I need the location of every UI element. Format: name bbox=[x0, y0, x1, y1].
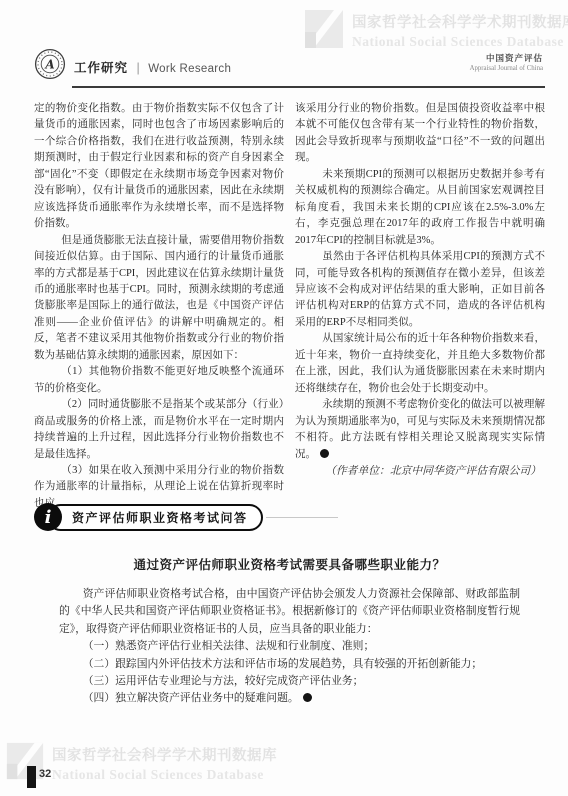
article-body: 定的物价变化指数。由于物价指数实际不仅包含了计量货币的通胀因素，同时也包含了市场… bbox=[34, 101, 545, 512]
qa-answer: 资产评估师职业资格考试合格，由中国资产评估协会颁发人力资源社会保障部、财政部监制… bbox=[59, 586, 520, 708]
qa-banner: i 资产评估师职业资格考试问答 bbox=[34, 503, 545, 531]
section-title: 工作研究 | Work Research bbox=[74, 58, 231, 76]
qa-item: （一）熟悉资产评估行业相关法律、法规和行业制度、准则； bbox=[59, 638, 520, 655]
paragraph-text: 永续期的预测不考虑物价变化的做法可以被理解为认为预期通胀率为0，可见与实际及未来… bbox=[295, 399, 545, 459]
qa-section: i 资产评估师职业资格考试问答 通过资产评估师职业资格考试需要具备哪些职业能力？… bbox=[34, 503, 545, 708]
section-title-cn: 工作研究 bbox=[74, 61, 128, 75]
paragraph: 虽然由于各评估机构具体采用CPI的预测方式不同，可能导致各机构的预测值存在微小差… bbox=[295, 249, 545, 331]
svg-text:A: A bbox=[44, 58, 54, 72]
author-note: （作者单位：北京中同华资产评估有限公司） bbox=[295, 463, 545, 479]
paragraph: 定的物价变化指数。由于物价指数实际不仅包含了计量货币的通胀因素，同时也包含了市场… bbox=[34, 101, 284, 233]
watermark-top: 国家哲学社会科学学术期刊数据库 National Social Sciences… bbox=[303, 8, 568, 50]
qa-question: 通过资产评估师职业资格考试需要具备哪些职业能力？ bbox=[34, 555, 545, 573]
journal-seal-icon: A bbox=[34, 48, 66, 80]
info-icon-glyph: i bbox=[45, 507, 52, 528]
qa-end-icon bbox=[303, 693, 312, 702]
paragraph: 永续期的预测不考虑物价变化的做法可以被理解为认为预期通胀率为0，可见与实际及未来… bbox=[295, 397, 545, 463]
section-title-en: Work Research bbox=[148, 63, 231, 75]
journal-name-cn: 中国资产评估 bbox=[470, 52, 543, 64]
paragraph: 未来预期CPI的预测可以根据历史数据并参考有关权威机构的预测综合确定。从目前国家… bbox=[295, 167, 545, 249]
page-header: A 工作研究 | Work Research 中国资产评估 Appraisal … bbox=[34, 47, 545, 89]
paragraph: 但是通货膨胀无法直接计量，需要借用物价指数间接近似估算。由于国际、国内通行的计量… bbox=[34, 233, 284, 365]
article-end-icon bbox=[320, 449, 329, 458]
banner-divider-line bbox=[266, 517, 338, 518]
page-number-bar bbox=[27, 766, 36, 788]
nssd-logo-icon bbox=[303, 8, 345, 50]
header-rule bbox=[72, 86, 545, 88]
watermark-title-cn: 国家哲学社会科学学术期刊数据库 bbox=[352, 11, 568, 32]
qa-item: （二）跟踪国内外评估技术方法和评估市场的发展趋势，具有较强的开拓创新能力； bbox=[59, 656, 520, 673]
qa-item-text: （四）独立解决资产评估业务中的疑难问题。 bbox=[83, 692, 299, 704]
watermark-title-en: National Social Sciences Database bbox=[52, 767, 277, 783]
journal-page: 国家哲学社会科学学术期刊数据库 National Social Sciences… bbox=[0, 0, 568, 796]
qa-item: （三）运用评估专业理论与方法，较好完成资产评估业务； bbox=[59, 673, 520, 690]
qa-banner-title: 资产评估师职业资格考试问答 bbox=[47, 504, 263, 531]
paragraph: （1）其他物价指数不能更好地反映整个流通环节的价格变化。 bbox=[34, 364, 284, 397]
qa-intro: 资产评估师职业资格考试合格，由中国资产评估协会颁发人力资源社会保障部、财政部监制… bbox=[59, 586, 520, 638]
page-number: 32 bbox=[39, 768, 51, 780]
page-number-block: 32 bbox=[27, 766, 51, 788]
paragraph: 从国家统计局公布的近十年各种物价指数来看，近十年来，物价一直持续变化，并且绝大多… bbox=[295, 331, 545, 397]
article-column-right: 该采用分行业的物价指数。但是国债投资收益率中根本就不可能仅包含带有某一个行业特性… bbox=[295, 101, 545, 512]
paragraph: （2）同时通货膨胀不是指某个或某部分（行业）商品或服务的价格上涨，而是物价水平在… bbox=[34, 397, 284, 463]
journal-name-block: 中国资产评估 Appraisal Journal of China bbox=[470, 52, 543, 72]
qa-item: （四）独立解决资产评估业务中的疑难问题。 bbox=[59, 690, 520, 707]
article-column-left: 定的物价变化指数。由于物价指数实际不仅包含了计量货币的通胀因素，同时也包含了市场… bbox=[34, 101, 284, 512]
info-icon: i bbox=[34, 503, 62, 531]
journal-name-en: Appraisal Journal of China bbox=[470, 65, 543, 72]
watermark-title-cn: 国家哲学社会科学学术期刊数据库 bbox=[52, 744, 277, 765]
paragraph: 该采用分行业的物价指数。但是国债投资收益率中根本就不可能仅包含带有某一个行业特性… bbox=[295, 101, 545, 167]
section-title-separator: | bbox=[137, 61, 140, 75]
